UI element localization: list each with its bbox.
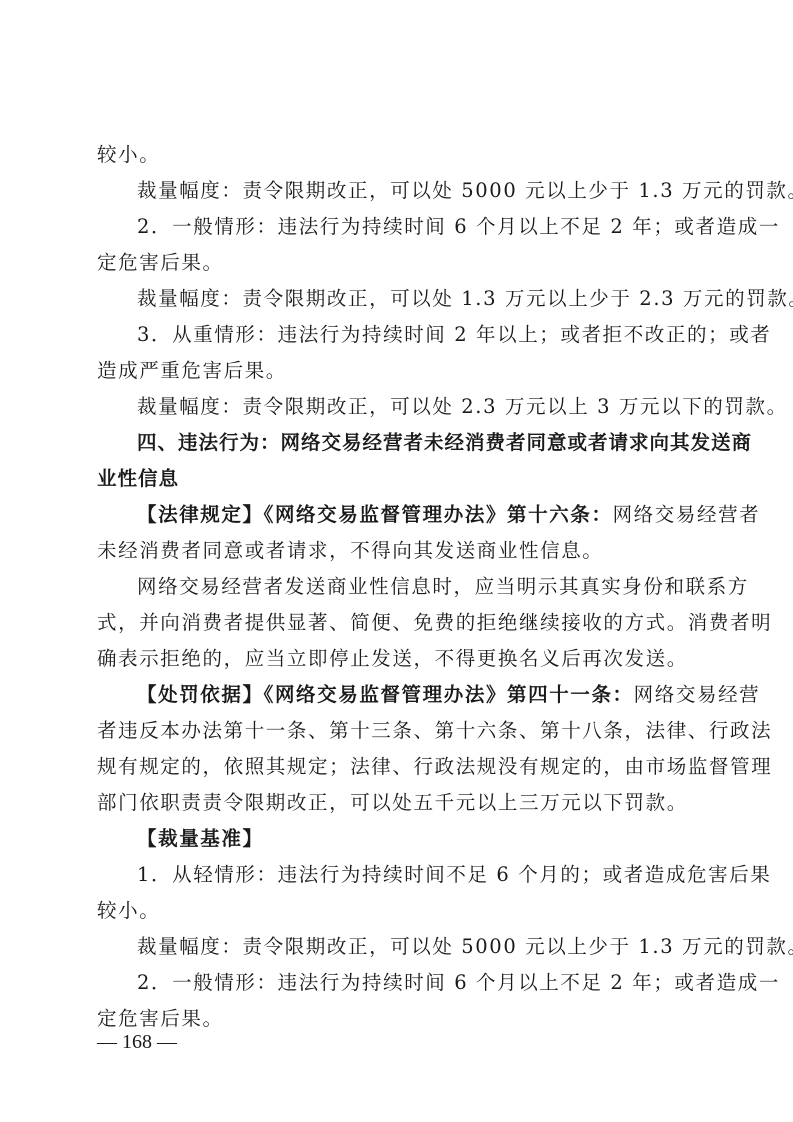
line-text: 裁量幅度：责令限期改正，可以处 5000 元以上少于 1.3 万元的罚款。	[137, 935, 793, 958]
line-text: 网络交易经营者发送商业性信息时，应当明示其真实身份和联系方	[137, 575, 749, 598]
line-text: 定危害后果。	[97, 1007, 224, 1030]
paragraph-line: 裁量幅度：责令限期改正，可以处 5000 元以上少于 1.3 万元的罚款。	[137, 932, 697, 962]
line-text: 造成严重危害后果。	[97, 359, 287, 382]
paragraph-line: 较小。	[97, 140, 697, 170]
line-text: 规有规定的，依照其规定；法律、行政法规没有规定的，由市场监督管理	[97, 755, 772, 778]
section-heading: 四、违法行为：网络交易经营者未经消费者同意或者请求向其发送商	[137, 428, 697, 458]
legal-provision-line: 【法律规定】《网络交易监督管理办法》第十六条：网络交易经营者	[137, 500, 697, 530]
heading-text: 四、违法行为：网络交易经营者未经消费者同意或者请求向其发送商	[137, 431, 752, 454]
list-item-general: 2．一般情形：违法行为持续时间 6 个月以上不足 2 年；或者造成一	[137, 968, 697, 998]
line-text: 定危害后果。	[97, 251, 224, 274]
page-number: — 168 —	[97, 1030, 177, 1054]
line-text: 式，并向消费者提供显著、简便、免费的拒绝继续接收的方式。消费者明	[97, 611, 772, 634]
paragraph-line: 确表示拒绝的，应当立即停止发送，不得更换名义后再次发送。	[97, 644, 697, 674]
line-text: 者违反本办法第十一条、第十三条、第十六条、第十八条，法律、行政法	[97, 719, 772, 742]
line-text: 2．一般情形：违法行为持续时间 6 个月以上不足 2 年；或者造成一	[137, 971, 780, 994]
paragraph-line: 造成严重危害后果。	[97, 356, 697, 386]
line-text: 较小。	[97, 143, 160, 166]
line-text: 确表示拒绝的，应当立即停止发送，不得更换名义后再次发送。	[97, 647, 688, 670]
paragraph-line: 较小。	[97, 896, 697, 926]
paragraph-line: 规有规定的，依照其规定；法律、行政法规没有规定的，由市场监督管理	[97, 752, 697, 782]
law-reference: 《网络交易监督管理办法》第四十一条：	[264, 683, 634, 706]
line-text: 2．一般情形：违法行为持续时间 6 个月以上不足 2 年；或者造成一	[137, 215, 780, 238]
paragraph-line: 裁量幅度：责令限期改正，可以处 2.3 万元以上 3 万元以下的罚款。	[137, 392, 697, 422]
law-reference: 《网络交易监督管理办法》第十六条：	[264, 503, 613, 526]
paragraph-line: 裁量幅度：责令限期改正，可以处 5000 元以上少于 1.3 万元的罚款。	[137, 176, 697, 206]
heading-text: 业性信息	[97, 467, 179, 490]
list-item-general: 2．一般情形：违法行为持续时间 6 个月以上不足 2 年；或者造成一	[137, 212, 697, 242]
penalty-basis-line: 【处罚依据】《网络交易监督管理办法》第四十一条：网络交易经营	[137, 680, 697, 710]
legal-provision-label: 【法律规定】	[137, 503, 264, 526]
section-heading-continued: 业性信息	[97, 464, 697, 494]
paragraph-line: 式，并向消费者提供显著、简便、免费的拒绝继续接收的方式。消费者明	[97, 608, 697, 638]
paragraph-line: 定危害后果。	[97, 248, 697, 278]
line-text: 网络交易经营者	[613, 503, 761, 526]
list-item-lenient: 1．从轻情形：违法行为持续时间不足 6 个月的；或者造成危害后果	[137, 860, 697, 890]
line-text: 裁量幅度：责令限期改正，可以处 2.3 万元以上 3 万元以下的罚款。	[137, 395, 788, 418]
paragraph-line: 定危害后果。	[97, 1004, 697, 1034]
paragraph-line: 网络交易经营者发送商业性信息时，应当明示其真实身份和联系方	[137, 572, 697, 602]
line-text: 裁量幅度：责令限期改正，可以处 1.3 万元以上少于 2.3 万元的罚款。	[137, 287, 793, 310]
paragraph-line: 裁量幅度：责令限期改正，可以处 1.3 万元以上少于 2.3 万元的罚款。	[137, 284, 697, 314]
line-text: 裁量幅度：责令限期改正，可以处 5000 元以上少于 1.3 万元的罚款。	[137, 179, 793, 202]
line-text: 3．从重情形：违法行为持续时间 2 年以上；或者拒不改正的；或者	[137, 323, 771, 346]
line-text: 未经消费者同意或者请求，不得向其发送商业性信息。	[97, 539, 603, 562]
line-text: 部门依职责责令限期改正，可以处五千元以上三万元以下罚款。	[97, 791, 688, 814]
list-item-severe: 3．从重情形：违法行为持续时间 2 年以上；或者拒不改正的；或者	[137, 320, 697, 350]
discretion-standard-heading: 【裁量基准】	[137, 824, 697, 854]
discretion-standard-label: 【裁量基准】	[137, 827, 264, 850]
document-page: 较小。 裁量幅度：责令限期改正，可以处 5000 元以上少于 1.3 万元的罚款…	[0, 0, 793, 1122]
paragraph-line: 者违反本办法第十一条、第十三条、第十六条、第十八条，法律、行政法	[97, 716, 697, 746]
paragraph-line: 部门依职责责令限期改正，可以处五千元以上三万元以下罚款。	[97, 788, 697, 818]
line-text: 1．从轻情形：违法行为持续时间不足 6 个月的；或者造成危害后果	[137, 863, 771, 886]
line-text: 网络交易经营	[634, 683, 761, 706]
penalty-basis-label: 【处罚依据】	[137, 683, 264, 706]
paragraph-line: 未经消费者同意或者请求，不得向其发送商业性信息。	[97, 536, 697, 566]
line-text: 较小。	[97, 899, 160, 922]
